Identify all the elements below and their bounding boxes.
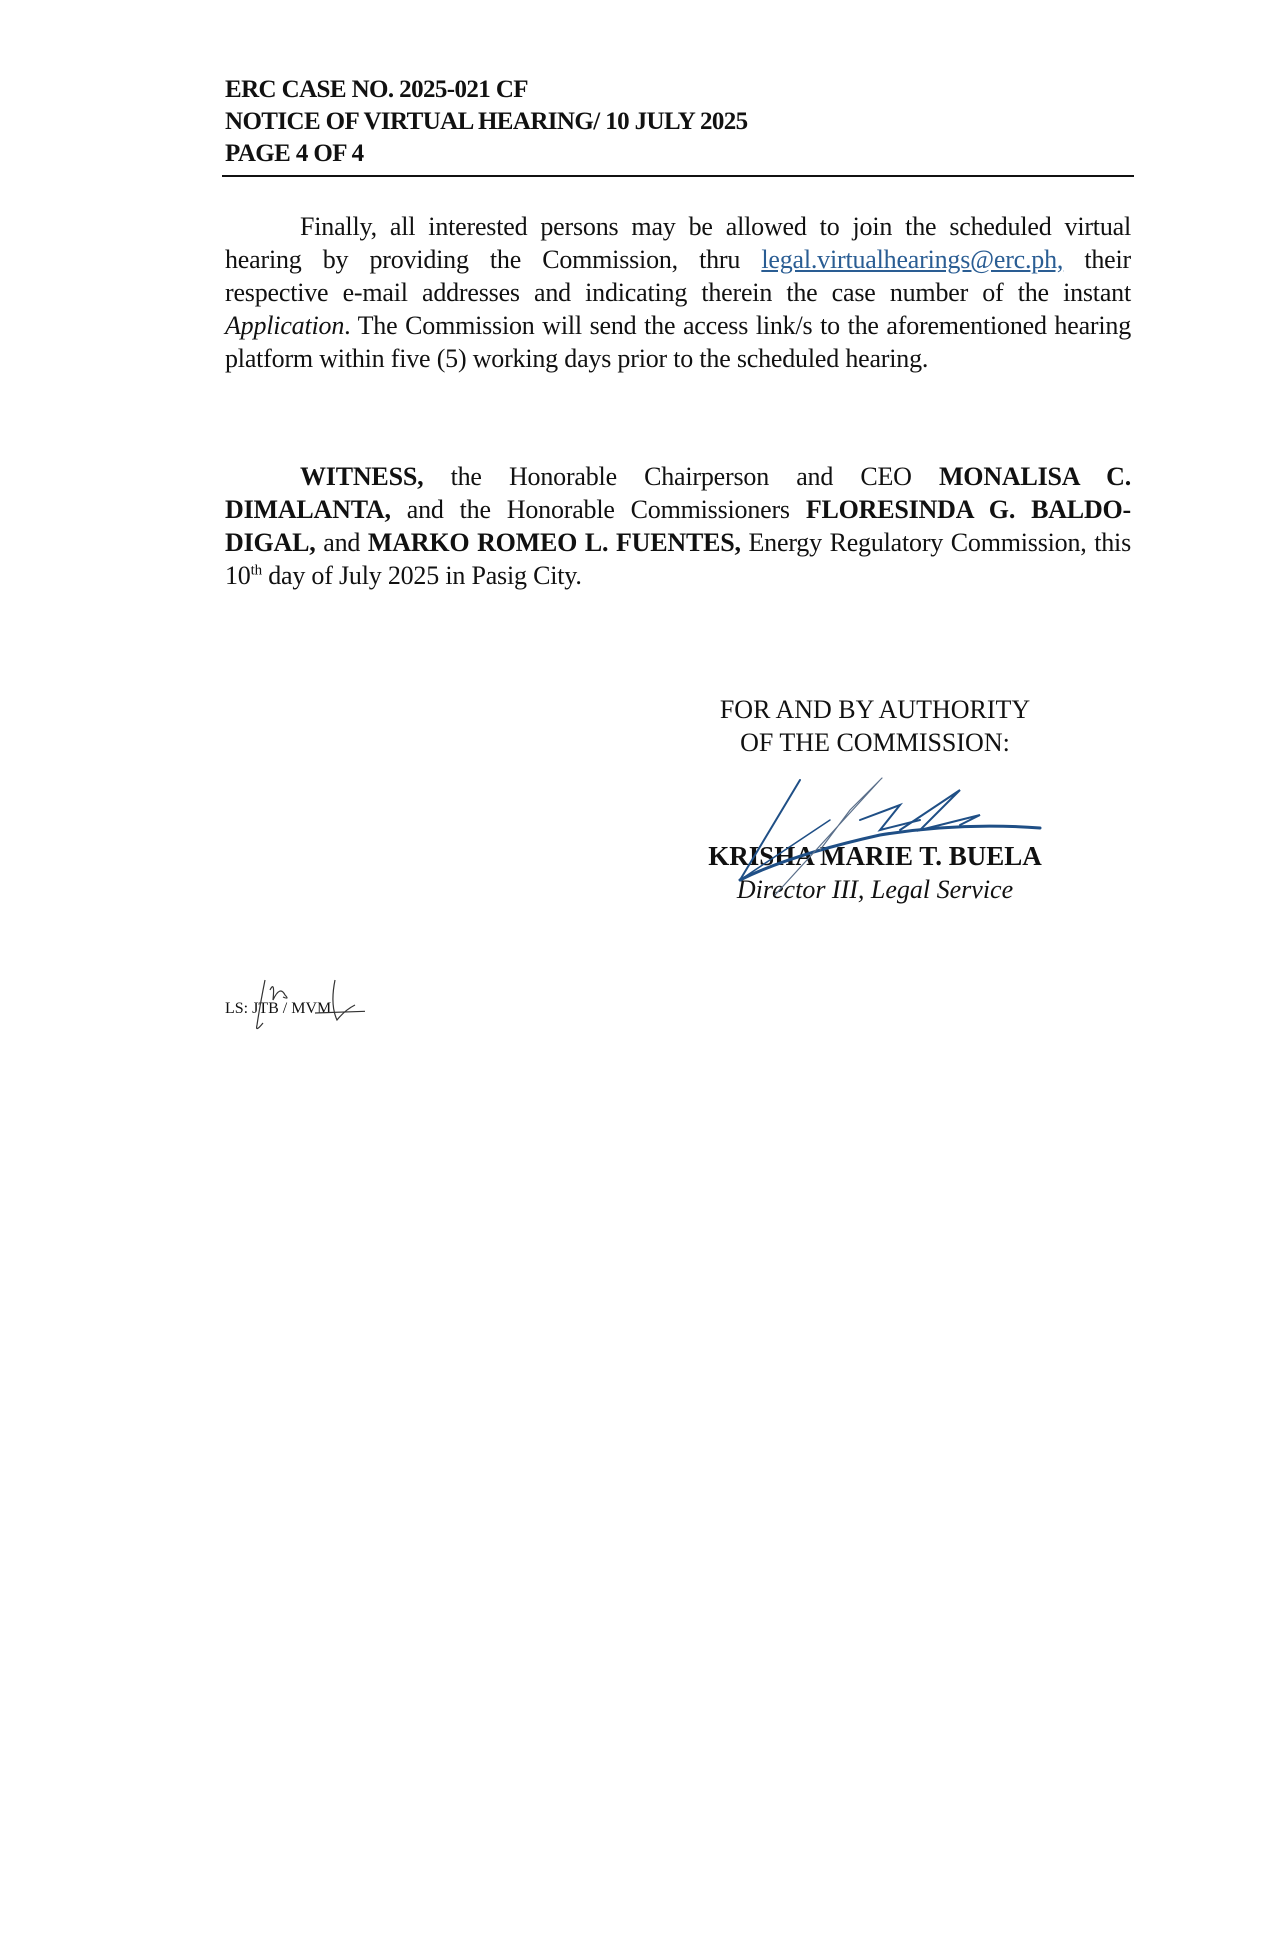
header-rule — [222, 175, 1134, 177]
paragraph-virtual-hearing: Finally, all interested persons may be a… — [225, 210, 1131, 375]
document-page: ERC CASE NO. 2025-021 CF NOTICE OF VIRTU… — [0, 0, 1275, 1950]
document-header: ERC CASE NO. 2025-021 CF NOTICE OF VIRTU… — [225, 74, 1133, 170]
initials-signature-icon — [245, 975, 365, 1035]
case-number: ERC CASE NO. 2025-021 CF — [225, 74, 1133, 106]
paragraph-witness: WITNESS, the Honorable Chairperson and C… — [225, 460, 1131, 592]
page-indicator: PAGE 4 OF 4 — [225, 138, 1133, 170]
notice-title: NOTICE OF VIRTUAL HEARING/ 10 JULY 2025 — [225, 106, 1133, 138]
signature-icon — [700, 760, 1060, 900]
email-link[interactable]: legal.virtualhearings@erc.ph, — [761, 245, 1063, 274]
authority-block: FOR AND BY AUTHORITY OF THE COMMISSION: — [660, 693, 1090, 759]
